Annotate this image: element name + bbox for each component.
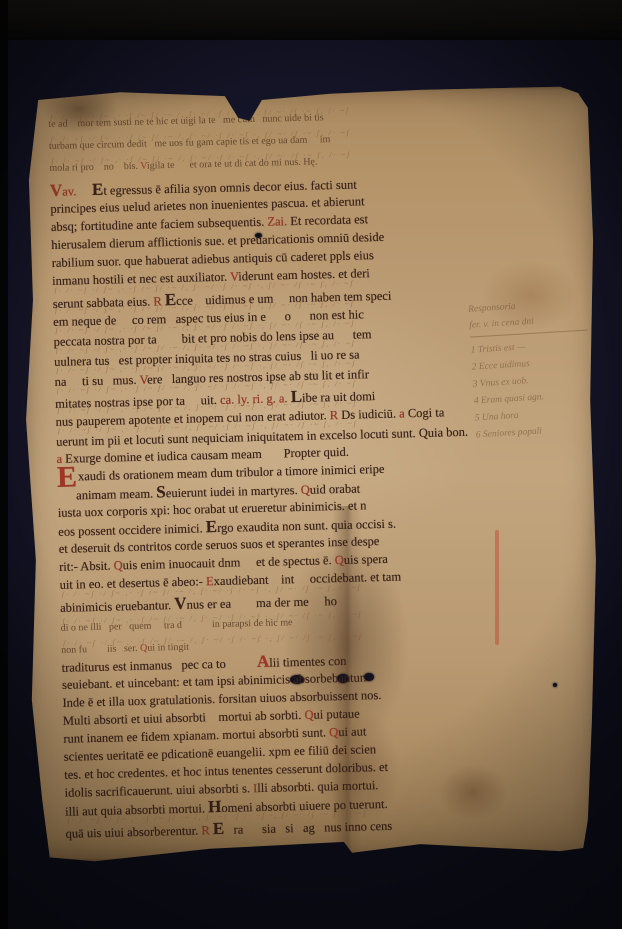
frame-left-edge: [0, 0, 8, 929]
initial-letter: A: [257, 652, 270, 671]
manuscript-photo: ʃ· /· ~ʃ ·/ ʃ~ ,· ·ʃ /~ ʃ/ ·~ /, ʃ· ~/ ·…: [0, 0, 622, 929]
rubric-text: av.: [62, 184, 76, 198]
rubric-text: Q: [329, 725, 338, 739]
line-text: uis spera: [344, 552, 388, 567]
line-text: ui aut: [338, 724, 366, 739]
line-text: uid orabat: [310, 481, 361, 496]
initial-letter: V: [50, 181, 63, 200]
line-text: ui putaue: [313, 707, 360, 722]
initial-letter: E: [92, 180, 104, 199]
backdrop-top-band: [0, 0, 622, 40]
line-text: rit:- Absit.: [59, 559, 114, 574]
line-text: lii timentes con: [269, 654, 346, 670]
parchment-leaf: ʃ· /· ~ʃ ·/ ʃ~ ,· ·ʃ /~ ʃ/ ·~ /, ʃ· ~/ ·…: [22, 86, 600, 862]
rubric-text: R: [201, 823, 213, 837]
marginalia-list: 1 Tristis est —2 Ecce uidimus3 Vnus ex u…: [470, 335, 594, 444]
rubric-text: Q: [304, 708, 313, 722]
line-text: animam meam.: [57, 486, 156, 502]
text-block: ʃ· /· ~ʃ ·/ ʃ~ ,· ·ʃ /~ ʃ/ ·~ /, ʃ· ~/ ·…: [48, 98, 540, 839]
initial-letter: E: [206, 517, 218, 536]
line-text: Et recordata est: [290, 212, 368, 228]
line-text: lli absorbti. quia mortui.: [257, 778, 378, 795]
manuscript-line: ʃ· /· ~ʃ ·/ ʃ~ ,· ·ʃ /~ ʃ/ ·~ /, ʃ· ~/ ·…: [65, 808, 539, 840]
rubric-text: Q: [114, 558, 123, 572]
line-text: [76, 184, 92, 198]
rubric-text: Q: [335, 553, 344, 567]
marginalia-notes: Responsoria fer. v. in cena dni 1 Tristi…: [468, 295, 595, 445]
rubric-text: Zai.: [267, 214, 290, 229]
parchment-hole: [553, 683, 557, 687]
